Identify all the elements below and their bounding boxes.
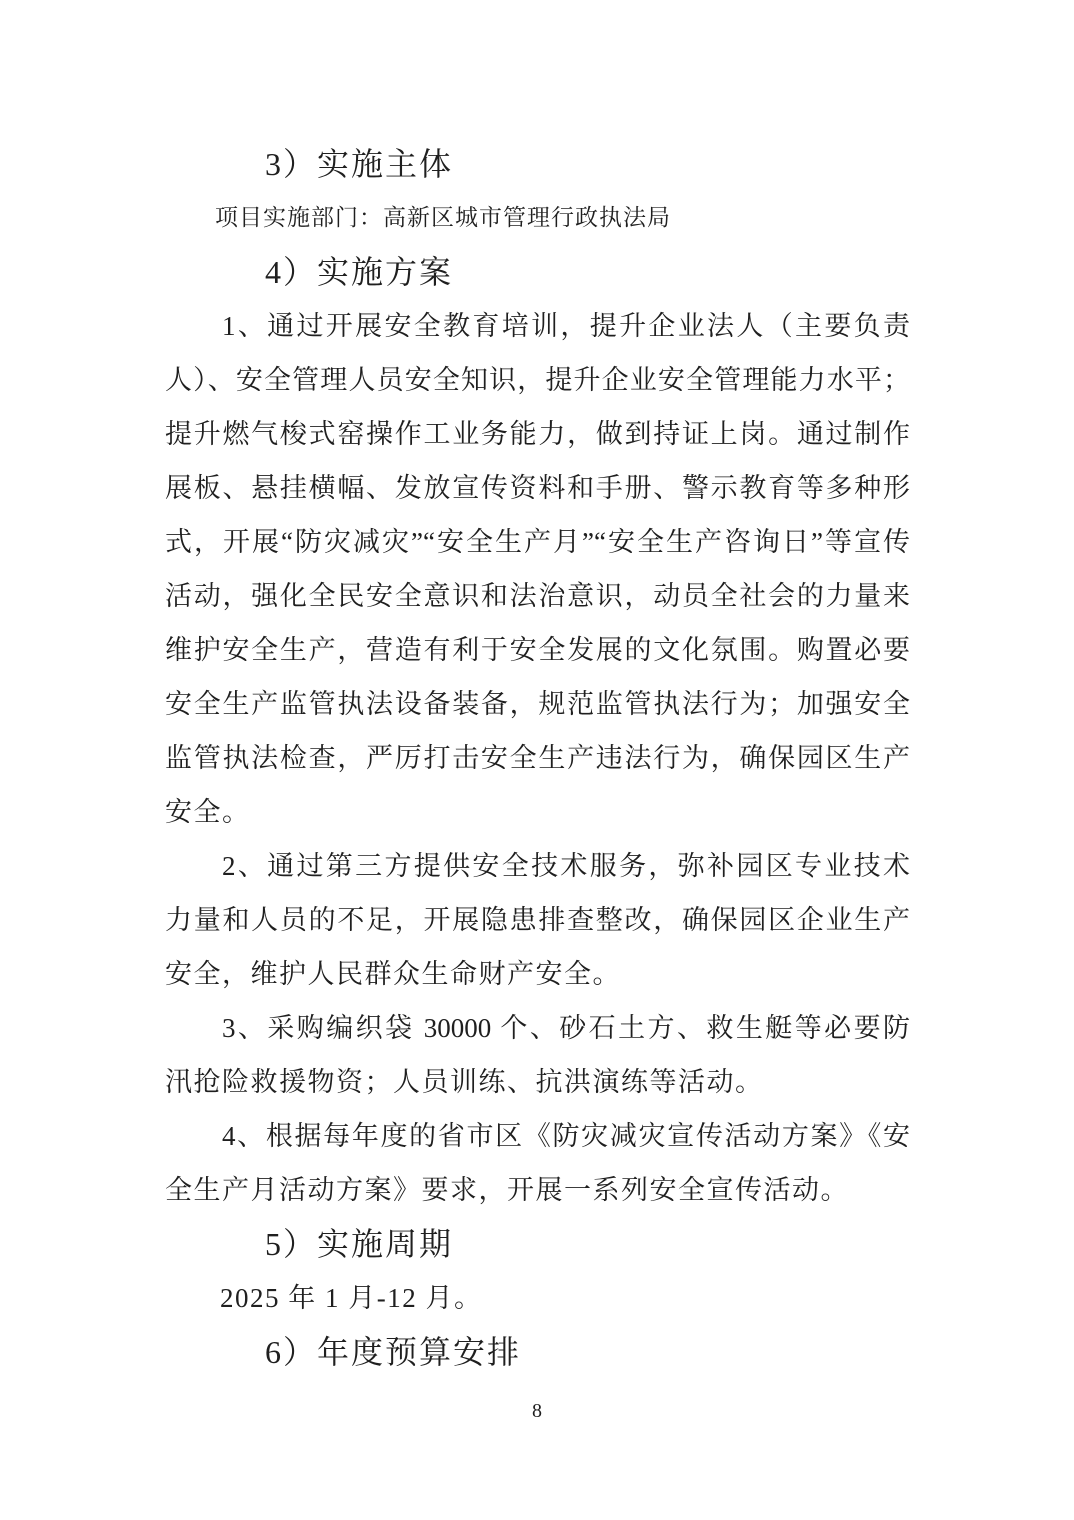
section-heading-implementation-plan: 4）实施方案 bbox=[165, 245, 910, 299]
body-text-line: 活动，强化全民安全意识和法治意识，动员全社会的力量来 bbox=[165, 569, 910, 623]
section-heading-implementation-subject: 3）实施主体 bbox=[165, 137, 910, 191]
body-text-line: 安全。 bbox=[165, 785, 910, 839]
body-text-line: 力量和人员的不足，开展隐患排查整改，确保园区企业生产 bbox=[165, 893, 910, 947]
body-text-line: 维护安全生产，营造有利于安全发展的文化氛围。购置必要 bbox=[165, 623, 910, 677]
body-text-line: 展板、悬挂横幅、发放宣传资料和手册、警示教育等多种形 bbox=[165, 461, 910, 515]
body-text-line: 4、根据每年度的省市区《防灾减灾宣传活动方案》《安 bbox=[165, 1109, 910, 1163]
body-text-line: 2、通过第三方提供安全技术服务，弥补园区专业技术 bbox=[165, 839, 910, 893]
body-text-line: 监管执法检查，严厉打击安全生产违法行为，确保园区生产 bbox=[165, 731, 910, 785]
page-footer: 8 bbox=[0, 1398, 1074, 1424]
implementing-department-line: 项目实施部门：高新区城市管理行政执法局 bbox=[165, 191, 910, 245]
body-text-line: 全生产月活动方案》要求，开展一系列安全宣传活动。 bbox=[165, 1163, 910, 1217]
body-text-line: 安全生产监管执法设备装备，规范监管执法行为；加强安全 bbox=[165, 677, 910, 731]
section-heading-implementation-period: 5）实施周期 bbox=[165, 1217, 910, 1271]
body-text-line: 提升燃气梭式窑操作工业务能力，做到持证上岗。通过制作 bbox=[165, 407, 910, 461]
document-page: 3）实施主体 项目实施部门：高新区城市管理行政执法局 4）实施方案 1、通过开展… bbox=[0, 0, 1074, 1520]
body-text-line: 汛抢险救援物资；人员训练、抗洪演练等活动。 bbox=[165, 1055, 910, 1109]
body-text-line: 式，开展“防灾减灾”“安全生产月”“安全生产咨询日”等宣传 bbox=[165, 515, 910, 569]
body-text-line: 1、通过开展安全教育培训，提升企业法人（主要负责 bbox=[165, 299, 910, 353]
document-content: 3）实施主体 项目实施部门：高新区城市管理行政执法局 4）实施方案 1、通过开展… bbox=[165, 137, 910, 1379]
section-heading-annual-budget: 6）年度预算安排 bbox=[165, 1325, 910, 1379]
body-text-line: 3、采购编织袋 30000 个、砂石土方、救生艇等必要防 bbox=[165, 1001, 910, 1055]
body-text-line: 安全，维护人民群众生命财产安全。 bbox=[165, 947, 910, 1001]
implementation-period-line: 2025 年 1 月-12 月。 bbox=[165, 1271, 910, 1325]
body-text-line: 人）、安全管理人员安全知识，提升企业安全管理能力水平； bbox=[165, 353, 910, 407]
page-number: 8 bbox=[532, 1400, 542, 1422]
